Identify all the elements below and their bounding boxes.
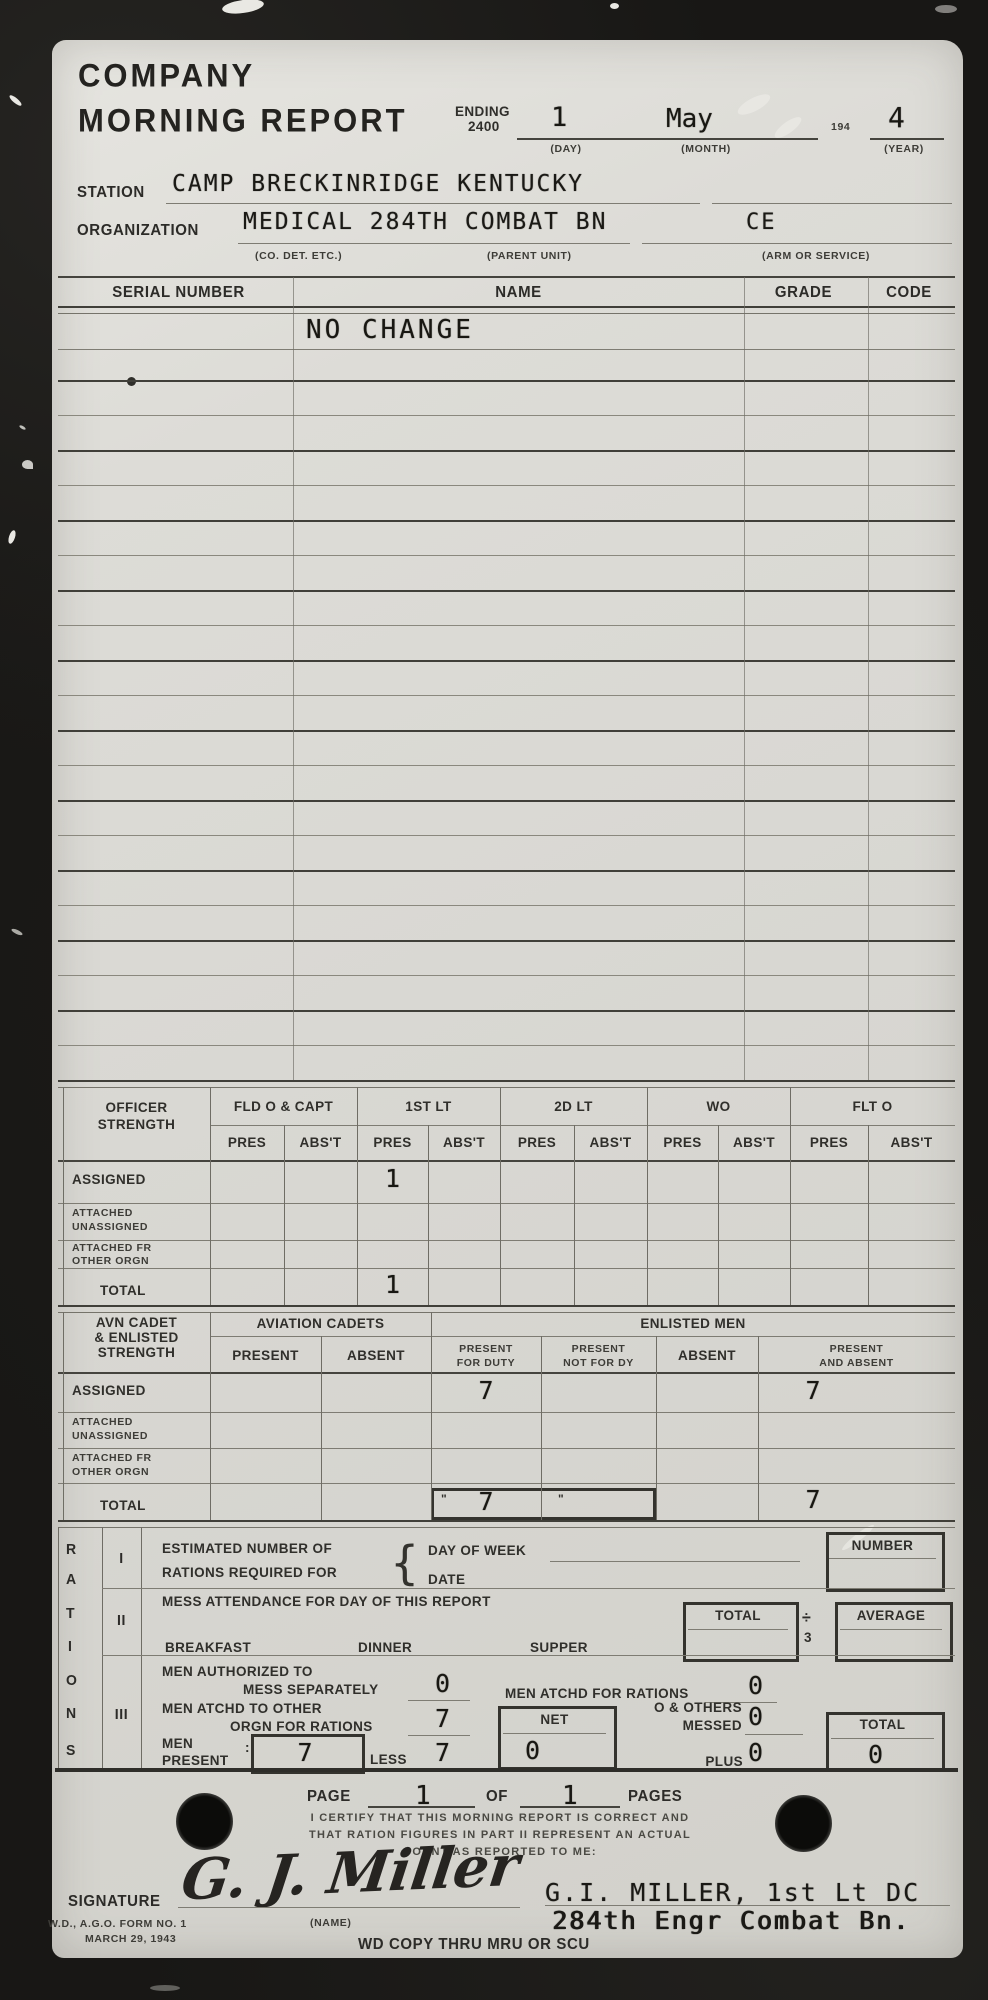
col-grade: GRADE [744, 284, 863, 302]
cadet-total-present-for-duty: 7 [431, 1487, 541, 1516]
men-atchd-rations-label: MEN ATCHD FOR RATIONS [505, 1686, 689, 1701]
abst-header: ABS'T [718, 1135, 790, 1150]
column-divider [790, 1087, 791, 1305]
parent-unit-caption: (PARENT UNIT) [487, 250, 572, 262]
rule [58, 1520, 955, 1528]
month-value: May [666, 104, 713, 134]
row-assigned: ASSIGNED [72, 1172, 146, 1187]
rations-letter: O [66, 1672, 78, 1689]
signature-line [178, 1907, 520, 1908]
punch-hole-right [775, 1795, 832, 1852]
column-divider [718, 1125, 719, 1305]
station-underline [166, 203, 700, 204]
less-value: 7 [435, 1738, 450, 1767]
group-enlisted-men: ENLISTED MEN [431, 1316, 955, 1331]
cadet-assigned-present-for-duty: 7 [431, 1376, 541, 1405]
pa-header2: AND ABSENT [758, 1357, 955, 1369]
co-det-caption: (CO. DET. ETC.) [255, 250, 342, 262]
total2-label: TOTAL [826, 1717, 939, 1732]
officer-total-1stlt-pres: 1 [357, 1270, 428, 1299]
row-attached-fr: ATTACHED FR [72, 1452, 152, 1464]
col-name: NAME [293, 284, 744, 302]
brace: { [390, 1536, 419, 1590]
roster-entry-no-change: NO CHANGE [306, 315, 474, 345]
form-title-line2: MORNING REPORT [78, 102, 408, 140]
form-date: MARCH 29, 1943 [85, 1933, 176, 1945]
form-title-line1: COMPANY [78, 57, 255, 95]
column-divider [357, 1087, 358, 1305]
orgn-for-rations-label: ORGN FOR RATIONS [230, 1719, 373, 1734]
wd-copy-label: WD COPY THRU MRU OR SCU [358, 1936, 590, 1954]
table-border [63, 1312, 64, 1520]
column-divider [321, 1336, 322, 1520]
column-divider [210, 1312, 211, 1520]
date-underline [517, 138, 818, 140]
pfd-header: PRESENT [431, 1343, 541, 1355]
cadet-absent-header: ABSENT [321, 1348, 431, 1363]
pres-header: PRES [210, 1135, 284, 1150]
mess-attendance-label: MESS ATTENDANCE FOR DAY OF THIS REPORT [162, 1594, 491, 1609]
year-value: 4 [888, 101, 905, 134]
plus-value: 0 [748, 1738, 763, 1767]
rule [58, 1203, 955, 1204]
col-code: CODE [863, 284, 955, 302]
rule [840, 1629, 942, 1630]
rule [58, 1080, 955, 1088]
pnfd-header: PRESENT [541, 1343, 656, 1355]
pfd-header2: FOR DUTY [431, 1357, 541, 1369]
ending-label: ENDING [455, 104, 510, 119]
value-line [745, 1734, 803, 1735]
arm-underline [642, 243, 952, 244]
certification-line1: I CERTIFY THAT THIS MORNING REPORT IS CO… [270, 1812, 730, 1824]
day-value: 1 [551, 102, 567, 133]
men-label: MEN [162, 1736, 193, 1751]
men-atchd-other-label: MEN ATCHD TO OTHER [162, 1701, 322, 1716]
net-value: 0 [525, 1736, 540, 1765]
day-caption: (DAY) [530, 143, 602, 155]
row-unassigned: UNASSIGNED [72, 1430, 148, 1442]
ditto-mark: " [558, 1492, 564, 1506]
signature-label: SIGNATURE [68, 1893, 161, 1911]
column-divider [431, 1312, 432, 1520]
rule [58, 1483, 955, 1484]
rule [58, 1240, 955, 1241]
row-other-orgn: OTHER ORGN [72, 1466, 149, 1478]
plus-label: PLUS [658, 1754, 743, 1769]
rule [58, 306, 955, 314]
ending-2400-label: 2400 [468, 119, 500, 134]
column-divider [868, 1125, 869, 1305]
scan-speck [11, 928, 24, 937]
of-label: OF [486, 1788, 508, 1806]
group-fldo-capt: FLD O & CAPT [210, 1099, 357, 1114]
pages-value: 1 [562, 1781, 578, 1811]
scan-speck [7, 529, 17, 544]
colon: : [245, 1740, 250, 1755]
officer-strength-title2: STRENGTH [63, 1117, 210, 1132]
rule [58, 1160, 955, 1162]
scan-speck [22, 460, 33, 469]
officer-strength-title: OFFICER [63, 1100, 210, 1115]
station-value: CAMP BRECKINRIDGE KENTUCKY [172, 171, 584, 197]
year-caption: (YEAR) [868, 143, 940, 155]
messed-label: MESSED [612, 1718, 742, 1733]
rule [58, 1305, 955, 1313]
cadet-title2: & ENLISTED [63, 1330, 210, 1345]
rule [831, 1738, 934, 1739]
section-ii: II [102, 1612, 141, 1629]
mess-separately-label: MESS SEPARATELY [243, 1682, 379, 1697]
breakfast-label: BREAKFAST [165, 1640, 251, 1655]
cadet-present-header: PRESENT [210, 1348, 321, 1363]
station-label: STATION [77, 184, 145, 202]
pages-label: PAGES [628, 1788, 682, 1806]
men-authorized-label: MEN AUTHORIZED TO [162, 1664, 313, 1679]
divide-sign: ÷ [802, 1610, 811, 1629]
row-attached-fr: ATTACHED FR [72, 1242, 152, 1254]
column-divider [868, 277, 869, 1080]
name-caption: (NAME) [310, 1917, 352, 1929]
orgn-for-rations-value: 7 [435, 1704, 450, 1733]
scan-speck [935, 5, 957, 13]
date-label: DATE [428, 1572, 465, 1587]
col-serial-number: SERIAL NUMBER [86, 284, 271, 302]
cadet-assigned-present-and-absent: 7 [758, 1376, 868, 1405]
table-border [58, 1527, 59, 1770]
rule [688, 1629, 788, 1630]
pres-header: PRES [500, 1135, 574, 1150]
less-label: LESS [370, 1752, 407, 1767]
present-label: PRESENT [162, 1753, 229, 1768]
group-1st-lt: 1ST LT [357, 1099, 500, 1114]
blank-entry-lines [58, 380, 955, 1050]
rule [58, 1268, 955, 1269]
section-i: I [102, 1550, 141, 1567]
row-assigned: ASSIGNED [72, 1383, 146, 1398]
row-attached: ATTACHED [72, 1207, 133, 1219]
rule [58, 349, 955, 350]
section-bottom-rule [55, 1768, 958, 1772]
mess-separately-value: 0 [435, 1669, 450, 1698]
row-attached: ATTACHED [72, 1416, 133, 1428]
year-prefix: 194 [831, 121, 850, 133]
column-divider [284, 1125, 285, 1305]
column-divider [541, 1336, 542, 1520]
column-divider [758, 1336, 759, 1520]
rule [210, 1125, 955, 1126]
rule [102, 1588, 955, 1589]
organization-value: MEDICAL 284TH COMBAT BN [243, 209, 608, 235]
rule [58, 276, 955, 278]
cadet-title1: AVN CADET [63, 1315, 210, 1330]
day-of-week-line [550, 1561, 800, 1562]
punch-hole-left [176, 1793, 233, 1850]
number-label: NUMBER [826, 1538, 939, 1553]
rations-required-label: RATIONS REQUIRED FOR [162, 1565, 337, 1580]
column-divider [744, 277, 745, 1080]
abst-header: ABS'T [428, 1135, 500, 1150]
rule [102, 1655, 955, 1656]
supper-label: SUPPER [530, 1640, 588, 1655]
net-label: NET [498, 1712, 611, 1727]
group-aviation-cadets: AVIATION CADETS [210, 1316, 431, 1331]
column-divider [293, 277, 294, 1080]
pres-header: PRES [357, 1135, 428, 1150]
abst-header: ABS'T [574, 1135, 647, 1150]
rations-letter: S [66, 1742, 76, 1759]
column-divider [141, 1527, 142, 1770]
table-border [63, 1087, 64, 1305]
rule [829, 1558, 936, 1559]
messed-value: 0 [748, 1702, 763, 1731]
year-underline [870, 138, 944, 140]
average-label: AVERAGE [835, 1608, 947, 1623]
rations-letter: R [66, 1541, 77, 1558]
rule [58, 1448, 955, 1449]
dinner-label: DINNER [358, 1640, 412, 1655]
arm-service-caption: (ARM OR SERVICE) [762, 250, 870, 262]
rations-letter: T [66, 1605, 75, 1622]
scan-speck [150, 1985, 180, 1991]
divide-three: 3 [804, 1630, 812, 1645]
abst-header: ABS'T [284, 1135, 357, 1150]
rule [503, 1733, 606, 1734]
page-value: 1 [415, 1781, 431, 1811]
row-total: TOTAL [100, 1498, 146, 1513]
form-number: W.D., A.G.O. FORM NO. 1 [48, 1918, 187, 1930]
pnfd-header2: NOT FOR DY [541, 1357, 656, 1369]
typed-officer-unit: 284th Engr Combat Bn. [552, 1906, 910, 1935]
column-divider [647, 1087, 648, 1305]
section-iii: III [102, 1706, 141, 1723]
row-other-orgn: OTHER ORGN [72, 1255, 149, 1267]
value-line [408, 1700, 470, 1701]
estimated-label: ESTIMATED NUMBER OF [162, 1541, 332, 1556]
scanned-morning-report: COMPANY MORNING REPORT ENDING 2400 1 May… [0, 0, 988, 2000]
pres-header: PRES [790, 1135, 868, 1150]
abst-header: ABS'T [868, 1135, 955, 1150]
scan-speck [19, 424, 27, 430]
total2-value: 0 [868, 1740, 883, 1769]
group-wo: WO [647, 1099, 790, 1114]
cadet-total-present-and-absent: 7 [758, 1485, 868, 1514]
station-underline-2 [712, 203, 952, 204]
column-divider [210, 1087, 211, 1305]
rations-letter: I [68, 1638, 73, 1655]
rule [58, 1372, 955, 1374]
rations-letter: N [66, 1705, 77, 1722]
em-absent-header: ABSENT [656, 1348, 758, 1363]
scan-speck [8, 94, 23, 107]
organization-underline [238, 243, 630, 244]
organization-label: ORGANIZATION [77, 222, 199, 240]
page-label: PAGE [307, 1788, 351, 1806]
scan-speck [221, 0, 264, 16]
group-flt-o: FLT O [790, 1099, 955, 1114]
o-and-others-label: O & OTHERS [612, 1700, 742, 1715]
row-total: TOTAL [100, 1283, 146, 1298]
scan-speck [610, 3, 619, 9]
column-divider [574, 1125, 575, 1305]
column-divider [428, 1125, 429, 1305]
total-box-label: TOTAL [683, 1608, 793, 1623]
rations-letter: A [66, 1571, 77, 1588]
value-line [408, 1735, 470, 1736]
typed-officer-name: G.I. MILLER, 1st Lt DC [545, 1878, 920, 1907]
day-of-week-label: DAY OF WEEK [428, 1543, 526, 1558]
pa-header: PRESENT [758, 1343, 955, 1355]
column-divider [500, 1087, 501, 1305]
rule [58, 1412, 955, 1413]
pres-header: PRES [647, 1135, 718, 1150]
group-2d-lt: 2D LT [500, 1099, 647, 1114]
column-divider [656, 1336, 657, 1520]
row-unassigned: UNASSIGNED [72, 1221, 148, 1233]
officer-assigned-1stlt-pres: 1 [357, 1164, 428, 1193]
men-atchd-rations-value: 0 [748, 1671, 763, 1700]
cadet-title3: STRENGTH [63, 1345, 210, 1360]
arm-value: CE [746, 210, 777, 235]
month-caption: (MONTH) [668, 143, 744, 155]
men-present-value: 7 [251, 1738, 359, 1767]
